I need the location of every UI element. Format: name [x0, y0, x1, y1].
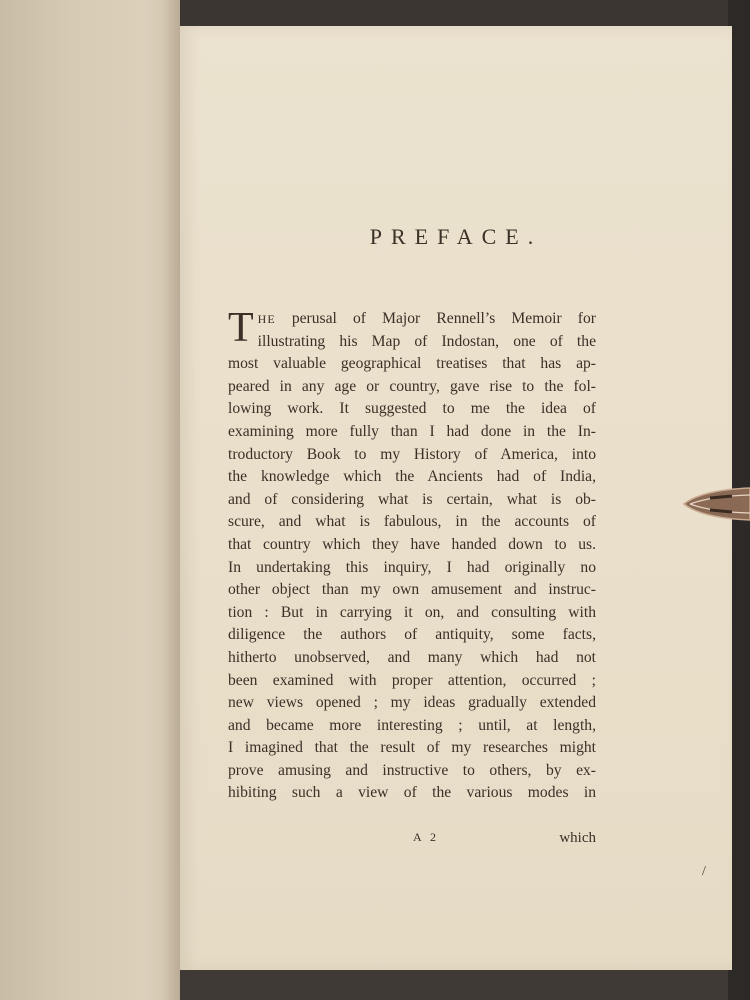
- text-line: prove amusing and instructive to others,…: [228, 760, 596, 783]
- text-line: I imagined that the result of my researc…: [228, 737, 596, 760]
- facing-page-left: [0, 0, 180, 1000]
- text-line: most valuable geographical treatises tha…: [228, 353, 596, 376]
- text-line: lowing work. It suggested to me the idea…: [228, 398, 596, 421]
- gutter-shadow: [162, 0, 180, 1000]
- text-line: new views opened ; my ideas gradually ex…: [228, 692, 596, 715]
- catchword: which: [559, 830, 596, 847]
- pencil-mark: /: [702, 864, 706, 880]
- text-line: and of considering what is certain, what…: [228, 489, 596, 512]
- text-line: tion : But in carrying it on, and consul…: [228, 602, 596, 625]
- drop-cap: T: [228, 310, 254, 346]
- text-line: and became more interesting ; until, at …: [228, 715, 596, 738]
- body-text: T HE perusal of Major Rennell’s Memoir f…: [228, 308, 596, 805]
- text-line: that country which they have handed down…: [228, 534, 596, 557]
- page-title: PREFACE.: [180, 224, 732, 250]
- text-line: peared in any age or country, gave rise …: [228, 376, 596, 399]
- page-clip-icon: [682, 486, 750, 522]
- text-line: In undertaking this inquiry, I had origi…: [228, 557, 596, 580]
- text-line: the knowledge which the Ancients had of …: [228, 466, 596, 489]
- text-line: been examined with proper attention, occ…: [228, 670, 596, 693]
- text-line: HE perusal of Major Rennell’s Memoir for: [228, 308, 596, 331]
- text-line: examining more fully than I had done in …: [228, 421, 596, 444]
- text-line: other object than my own amusement and i…: [228, 579, 596, 602]
- text-line: diligence the authors of antiquity, some…: [228, 624, 596, 647]
- signature-mark: A 2: [413, 830, 439, 845]
- text-line: troductory Book to my History of America…: [228, 444, 596, 467]
- text-line: hibiting such a view of the various mode…: [228, 782, 596, 805]
- first-word-smallcaps: HE: [258, 312, 276, 326]
- text-line: scure, and what is fabulous, in the acco…: [228, 511, 596, 534]
- text-line: hitherto unobserved, and many which had …: [228, 647, 596, 670]
- book-page: PREFACE. T HE perusal of Major Rennell’s…: [180, 26, 732, 970]
- text-line: illustrating his Map of Indostan, one of…: [228, 331, 596, 354]
